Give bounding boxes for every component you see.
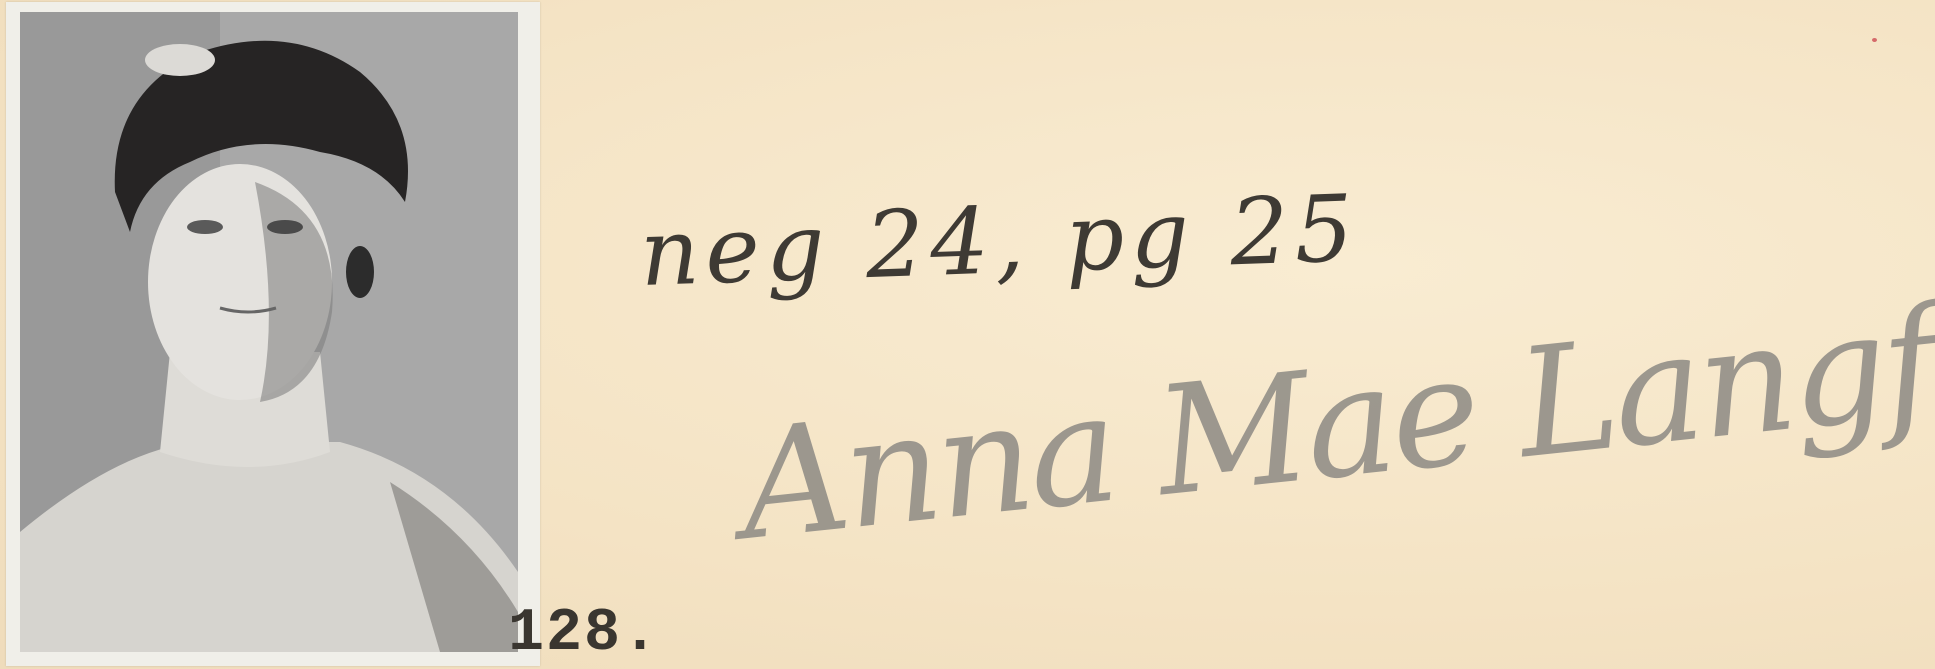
portrait-illustration	[20, 12, 518, 652]
paper-speck	[1872, 38, 1877, 42]
index-card: neg 24, pg 25 128. Anna Mae Langford	[0, 0, 1935, 669]
record-number: 128.	[508, 600, 660, 668]
signature: Anna Mae Langford	[732, 250, 1935, 574]
portrait-photo	[20, 12, 518, 652]
photo-mount	[6, 2, 540, 666]
negative-reference-note: neg 24, pg 25	[638, 175, 1361, 307]
